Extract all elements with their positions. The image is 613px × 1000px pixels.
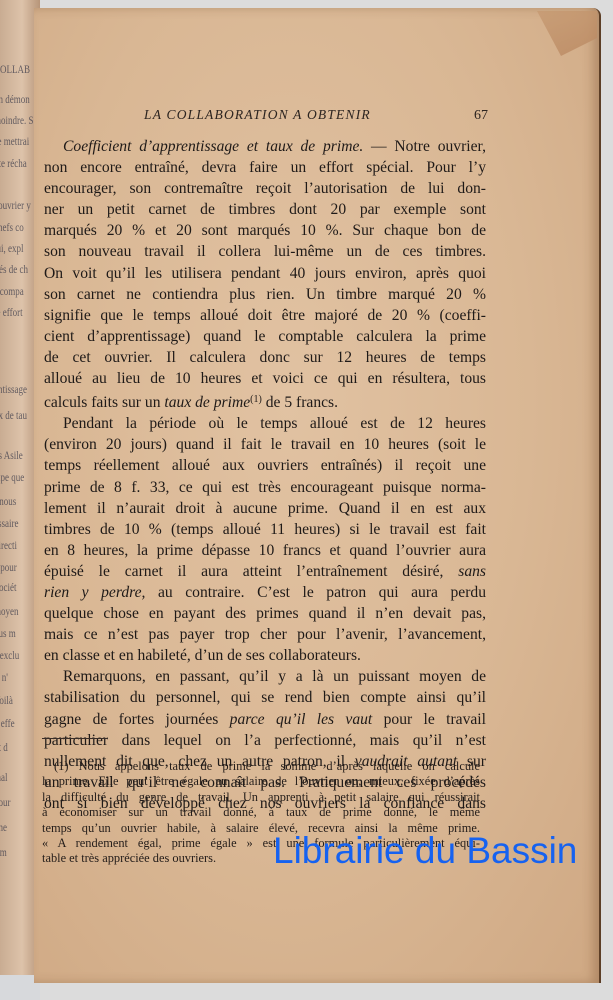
previous-page-text-fragment: e pour: [0, 560, 17, 575]
text-line: ner un petit carnet de timbres dont 20 p…: [44, 199, 486, 220]
text-line: gagne de fortes journées parce qu’il les…: [44, 709, 486, 730]
previous-page-text-fragment: Sociét: [0, 580, 17, 595]
previous-page-text-fragment: s compa: [0, 284, 24, 299]
previous-page-text-fragment: moindre. S: [0, 113, 34, 128]
text-line: non encore entraîné, devra faire un effo…: [44, 157, 486, 178]
previous-page-text-fragment: te effort: [0, 305, 23, 320]
previous-page-text-fragment: ux de tau: [0, 408, 27, 423]
previous-page-text-fragment: une: [0, 820, 7, 835]
footnote-line: la difficulté du genre de travail. Un ap…: [42, 790, 480, 805]
footnote-line: la prime. Elle peut être égale au salair…: [42, 774, 480, 789]
paragraph-1: Coefficient d’apprentissage et taux de p…: [44, 136, 486, 413]
text-line: (environ 20 jours) quand il fait le trav…: [44, 434, 486, 455]
page-number: 67: [474, 108, 488, 124]
text-line: On voit qu’il les utilisera pendant 40 j…: [44, 263, 486, 284]
text-line: son nouveau travail il collera lui-même …: [44, 241, 486, 262]
previous-page-text-fragment: os Asile: [0, 448, 23, 463]
previous-page-text-fragment: ute récha: [0, 156, 27, 171]
watermark: Librairie du Bassin: [273, 830, 577, 872]
text-line: alloué au lieu de 10 heures et voici ce …: [44, 368, 486, 389]
previous-page-text-fragment: n effe: [0, 716, 15, 731]
text-line: signifie que le temps alloué doit être m…: [44, 305, 486, 326]
previous-page-text-fragment: Voilà: [0, 693, 13, 708]
previous-page-text-fragment: pour: [0, 795, 11, 810]
text-line: en classe et en habileté, d’un de ses co…: [44, 645, 486, 666]
previous-page-text-fragment: ous m: [0, 626, 16, 641]
text-line: de cet ouvrier. Il calculera donc sur 12…: [44, 347, 486, 368]
footnote-line: (1) Nous appelons taux de prime la somme…: [42, 759, 480, 774]
text-line: particulier dans lequel on l’a perfectio…: [44, 730, 486, 751]
text-line: en 8 heures, la prime dépasse 10 francs …: [44, 540, 486, 561]
text-line: calculs faits sur un taux de prime(1) de…: [44, 389, 486, 413]
footnote-reference: (1): [250, 394, 262, 405]
footnote-line: à économiser sur un travail donné, à tau…: [42, 805, 480, 820]
previous-page-text-fragment: mal: [0, 770, 8, 785]
text-line: épuisé le carnet il aura atteint l’entra…: [44, 561, 486, 582]
text-line: timbres de 10 % (temps alloué 11 heures)…: [44, 519, 486, 540]
text-line: stabilisation du personnel, qui se rend …: [44, 687, 486, 708]
text-line: encourager, son contremaître reçoit l’au…: [44, 178, 486, 199]
previous-page-text-fragment: cipe que: [0, 470, 24, 485]
previous-page-text-fragment: chefs co: [0, 220, 24, 235]
previous-page-text-fragment: directi: [0, 538, 17, 553]
text-line: cient d’apprentissage) quand le comptabl…: [44, 326, 486, 347]
text-line: mais ce n’est pas payer trop cher pour l…: [44, 624, 486, 645]
previous-page-text-fragment: s exclu: [0, 648, 19, 663]
previous-page-text-fragment: entissage: [0, 382, 27, 397]
text-line: rien y perdre, au contraire. C’est le pa…: [44, 582, 486, 603]
text-line: quelque chose en payant des primes quand…: [44, 603, 486, 624]
previous-page-text-fragment: un démon: [0, 92, 30, 107]
text-line: lement il n’aurait droit à aucune prime.…: [44, 498, 486, 519]
text-line: son carnet ne contiendra plus rien. Un t…: [44, 284, 486, 305]
previous-page-text-fragment: COLLAB: [0, 62, 30, 77]
text-line: prime de 8 f. 33, ce qui est très encour…: [44, 477, 486, 498]
previous-page-text-fragment: Il n': [0, 670, 8, 685]
body-text: Coefficient d’apprentissage et taux de p…: [44, 136, 486, 814]
text-line: temps réellement alloué aux ouvriers ent…: [44, 455, 486, 476]
text-line: Coefficient d’apprentissage et taux de p…: [44, 136, 486, 157]
text-line: Pendant la période où le temps alloué es…: [44, 413, 486, 434]
running-title: LA COLLABORATION A OBTENIR: [144, 107, 494, 123]
previous-page-text-fragment: r nous: [0, 494, 16, 509]
text-line: marqués 20 % et 20 sont marqués 10 %. Su…: [44, 220, 486, 241]
previous-page-text-fragment: ut d: [0, 740, 8, 755]
previous-page-text-fragment: se mettrai: [0, 134, 29, 149]
text-line: Remarquons, en passant, qu’il y a là un …: [44, 666, 486, 687]
footnote-divider: [42, 738, 108, 739]
previous-page-text-fragment: moyen: [0, 604, 19, 619]
previous-page-text-fragment: essaire: [0, 516, 18, 531]
previous-page-text-fragment: ités de ch: [0, 262, 28, 277]
previous-page-text-fragment: l'ouvrier y: [0, 198, 31, 213]
previous-page-text-fragment: lui, expl: [0, 241, 23, 256]
paragraph-2: Pendant la période où le temps alloué es…: [44, 413, 486, 666]
previous-page-text-fragment: s m: [0, 845, 7, 860]
section-heading: Coefficient d’apprentissage et taux de p…: [63, 138, 363, 155]
folded-corner: [537, 11, 597, 56]
